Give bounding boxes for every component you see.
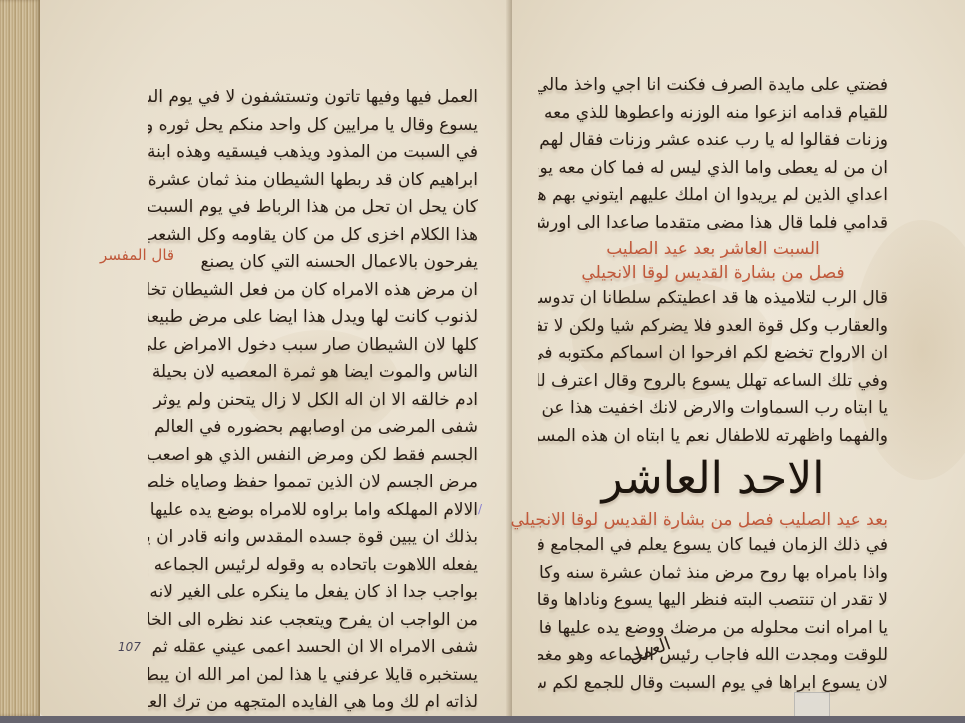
- text-line: في السبت من المذود ويذهب فيسقيه وهذه ابن…: [148, 139, 478, 167]
- text-line: للوقت ومجدت الله فاجاب رئيس الجماعه وهو …: [538, 642, 888, 670]
- text-line: ان الارواح تخضع لكم افرحوا ان اسماكم مكت…: [538, 340, 888, 368]
- text-line: ان من له يعطى واما الذي ليس له فما كان م…: [538, 155, 888, 183]
- text-line: الالام المهلكه واما براوه للامراه بوضع ي…: [148, 497, 478, 525]
- left-page: قال المفسر العمل فيها وفيها تاتون وتستشف…: [40, 0, 512, 716]
- rubric-heading-saturday: السبت العاشر بعد عيد الصليب: [538, 237, 888, 261]
- folio-number: 107: [118, 640, 141, 654]
- text-line: للقيام قدامه انزعوا منه الوزنه واعطوها ل…: [538, 100, 888, 128]
- text-line: من الواجب ان يفرح ويتعجب عند نظره الى ال…: [148, 607, 478, 635]
- text-line: شفى المرضى من اوصابهم بحضوره في العالم و…: [148, 414, 478, 442]
- text-line: يفعله اللاهوت باتحاده به وقوله لرئيس الج…: [148, 552, 478, 580]
- text-line: لا تقدر ان تنتصب البته فنظر اليها يسوع و…: [538, 587, 888, 615]
- text-line: فضتي على مايدة الصرف فكنت انا اجي واخذ م…: [538, 72, 888, 100]
- text-line: كان يحل ان تحل من هذا الرباط في يوم السب…: [148, 194, 478, 222]
- text-line: يستخبره قايلا عرفني يا هذا لمن امر الله …: [148, 662, 478, 690]
- text-line: قال الرب لتلاميذه ها قد اعطيتكم سلطانا ا…: [538, 285, 888, 313]
- text-line: هذا الكلام اخزى كل من كان يقاومه وكل الش…: [148, 222, 478, 250]
- left-text-block: العمل فيها وفيها تاتون وتستشفون لا في يو…: [148, 84, 478, 717]
- text-line: مرض الجسم لان الذين تمموا حفظ وصاياه خلص…: [148, 469, 478, 497]
- text-line: يسوع وقال يا مرايين كل واحد منكم يحل ثور…: [148, 112, 478, 140]
- text-line: لذاته ام لك وما هي الفايده المتجهه من تر…: [148, 689, 478, 717]
- text-line: ابراهيم كان قد ربطها الشيطان منذ ثمان عش…: [148, 167, 478, 195]
- text-line: ان مرض هذه الامراه كان من فعل الشيطان تخ…: [148, 277, 478, 305]
- background-strip: [0, 716, 965, 723]
- text-line: يا ابتاه رب السماوات والارض لانك اخفيت ه…: [538, 395, 888, 423]
- text-line: بواجب جدا اذ كان يفعل ما ينكره على الغير…: [148, 579, 478, 607]
- margin-mark: /: [478, 502, 482, 516]
- text-line: قدامي فلما قال هذا مضى متقدما صاعدا الى …: [538, 210, 888, 238]
- text-line: يفرحون بالاعمال الحسنه التي كان يصنع: [148, 249, 478, 277]
- manuscript-spread: قال المفسر العمل فيها وفيها تاتون وتستشف…: [0, 0, 965, 716]
- section-title-tenth-sunday: الاحد العاشر: [538, 450, 888, 508]
- text-line: كلها لان الشيطان صار سبب دخول الامراض عل…: [148, 332, 478, 360]
- text-line: الجسم فقط لكن ومرض النفس الذي هو اصعب كث…: [148, 442, 478, 470]
- text-line: العمل فيها وفيها تاتون وتستشفون لا في يو…: [148, 84, 478, 112]
- text-line: واذا بامراه بها روح مرض منذ ثمان عشرة سن…: [538, 560, 888, 588]
- text-line: بذلك ان يبين قوة جسده المقدس وانه قادر ا…: [148, 524, 478, 552]
- text-line: والعقارب وكل قوة العدو فلا يضركم شيا ولك…: [538, 313, 888, 341]
- right-page: فضتي على مايدة الصرف فكنت انا اجي واخذ م…: [512, 0, 965, 716]
- rubric-heading-gospel: فصل من بشارة القديس لوقا الانجيلي: [538, 261, 888, 285]
- text-line: الناس والموت ايضا هو ثمرة المعصيه لان بح…: [148, 359, 478, 387]
- text-line: يا امراه انت محلوله من مرضك ووضع يده علي…: [538, 615, 888, 643]
- text-line: اعداي الذين لم يريدوا ان املك عليهم ايتو…: [538, 182, 888, 210]
- text-line: لذنوب كانت لها ويدل هذا ايضا على مرض طبي…: [148, 304, 478, 332]
- text-line: ادم خالقه الا ان اله الكل لا زال يتحنن و…: [148, 387, 478, 415]
- text-line: وزنات فقالوا له يا رب عنده عشر وزنات فقا…: [538, 127, 888, 155]
- text-line: والفهما واظهرته للاطفال نعم يا ابتاه ان …: [538, 423, 888, 451]
- text-line: وفي تلك الساعه تهلل يسوع بالروح وقال اعت…: [538, 368, 888, 396]
- text-line: لان يسوع ابراها في يوم السبت وقال للجمع …: [538, 670, 888, 698]
- page-edges: [0, 0, 40, 716]
- text-line: في ذلك الزمان فيما كان يسوع يعلم في المج…: [538, 532, 888, 560]
- text-line: شفى الامراه الا ان الحسد اعمى عيني عقله …: [148, 634, 478, 662]
- section-rubric: بعد عيد الصليب فصل من بشارة القديس لوقا …: [538, 508, 888, 532]
- right-text-block: فضتي على مايدة الصرف فكنت انا اجي واخذ م…: [538, 72, 888, 697]
